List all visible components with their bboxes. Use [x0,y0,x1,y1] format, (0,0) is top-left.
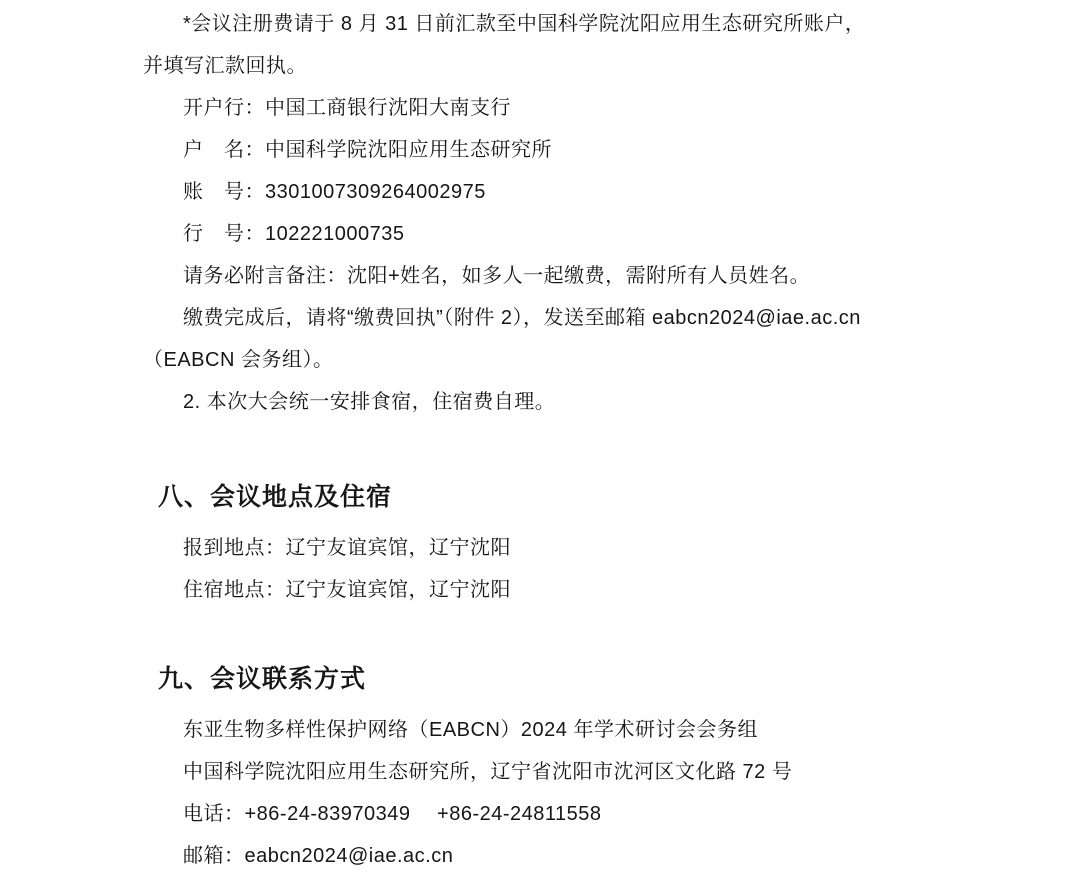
bank-name-line: 开户行：中国工商银行沈阳大南支行 [143,87,948,129]
section-9-heading: 九、会议联系方式 [143,657,948,701]
checkin-location-line: 报到地点：辽宁友谊宾馆，辽宁沈阳 [143,527,948,569]
account-name-line: 户 名：中国科学院沈阳应用生态研究所 [143,129,948,171]
payment-receipt-line-2: （EABCN 会务组）。 [143,339,948,381]
registration-note-line-1: *会议注册费请于 8 月 31 日前汇款至中国科学院沈阳应用生态研究所账户， [143,3,948,45]
organizer-line: 东亚生物多样性保护网络（EABCN）2024 年学术研讨会会务组 [143,709,948,751]
account-number-line: 账 号：3301007309264002975 [143,171,948,213]
phone-line: 电话：+86-24-83970349 +86-24-24811558 [143,793,948,835]
lodging-location-line: 住宿地点：辽宁友谊宾馆，辽宁沈阳 [143,569,948,611]
payment-receipt-line-1: 缴费完成后，请将“缴费回执”（附件 2），发送至邮箱 eabcn2024@iae… [143,297,948,339]
email-line: 邮箱：eabcn2024@iae.ac.cn [143,835,948,877]
section-8-heading: 八、会议地点及住宿 [143,475,948,519]
document-page: *会议注册费请于 8 月 31 日前汇款至中国科学院沈阳应用生态研究所账户， 并… [0,0,1074,889]
document-body: *会议注册费请于 8 月 31 日前汇款至中国科学院沈阳应用生态研究所账户， 并… [143,3,948,877]
registration-note-line-2: 并填写汇款回执。 [143,45,948,87]
address-line: 中国科学院沈阳应用生态研究所，辽宁省沈阳市沈河区文化路 72 号 [143,751,948,793]
remark-instruction-line: 请务必附言备注：沈阳+姓名，如多人一起缴费，需附所有人员姓名。 [143,255,948,297]
bank-code-line: 行 号：102221000735 [143,213,948,255]
board-lodging-line: 2. 本次大会统一安排食宿，住宿费自理。 [143,381,948,423]
